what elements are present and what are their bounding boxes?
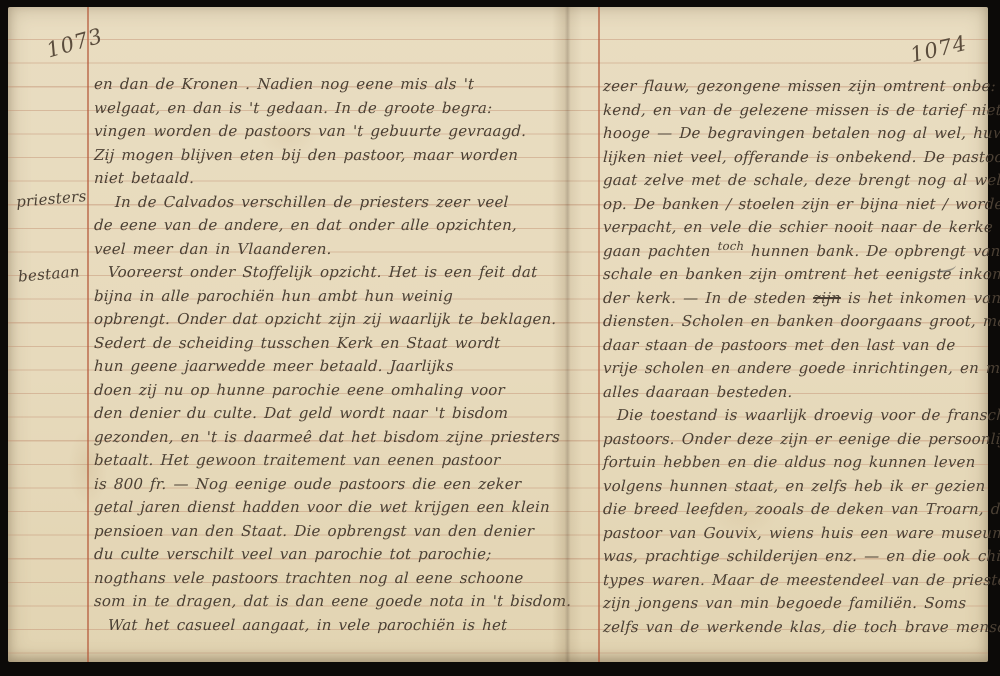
manuscript-line: opbrengt. Onder dat opzicht zijn zij waa… bbox=[94, 308, 543, 332]
manuscript-line: der kerk. — In de steden zijn is het ink… bbox=[603, 287, 982, 311]
manuscript-line: gaat zelve met de schale, deze brengt no… bbox=[603, 169, 982, 193]
page-right: zeer flauw, gezongene missen zijn omtren… bbox=[566, 7, 988, 662]
manuscript-line: veel meer dan in Vlaanderen. bbox=[94, 238, 543, 262]
manuscript-line: som in te dragen, dat is dan eene goede … bbox=[94, 590, 543, 614]
manuscript-line: was, prachtige schilderijen enz. — en di… bbox=[603, 545, 982, 569]
notebook-double-page: en dan de Kronen . Nadien nog eene mis a… bbox=[8, 7, 988, 662]
manuscript-line: Vooreerst onder Stoffelijk opzicht. Het … bbox=[94, 261, 543, 285]
manuscript-line: Sedert de scheiding tusschen Kerk en Sta… bbox=[94, 332, 543, 356]
manuscript-line: fortuin hebben en die aldus nog kunnen l… bbox=[603, 451, 982, 475]
manuscript-line: Zij mogen blijven eten bij den pastoor, … bbox=[94, 144, 543, 168]
manuscript-line: du culte verschilt veel van parochie tot… bbox=[94, 543, 543, 567]
manuscript-line: lijken niet veel, offerande is onbekend.… bbox=[603, 146, 982, 170]
manuscript-line: bijna in alle parochiën hun ambt hun wei… bbox=[94, 285, 543, 309]
manuscript-line: pastoors. Onder deze zijn er eenige die … bbox=[603, 428, 982, 452]
manuscript-line: is 800 fr. — Nog eenige oude pastoors di… bbox=[94, 473, 543, 497]
right-page-margin-line bbox=[598, 7, 600, 662]
manuscript-line: getal jaren dienst hadden voor die wet k… bbox=[94, 496, 543, 520]
manuscript-line: vingen worden de pastoors van 't gebuurt… bbox=[94, 120, 543, 144]
manuscript-line: en dan de Kronen . Nadien nog eene mis a… bbox=[94, 73, 543, 97]
manuscript-line: schale en banken zijn omtrent het eenigs… bbox=[603, 263, 982, 287]
page-left: en dan de Kronen . Nadien nog eene mis a… bbox=[8, 7, 566, 662]
manuscript-photo: en dan de Kronen . Nadien nog eene mis a… bbox=[0, 0, 1000, 676]
manuscript-line: Wat het casueel aangaat, in vele parochi… bbox=[94, 614, 543, 638]
manuscript-line: nogthans vele pastoors trachten nog al e… bbox=[94, 567, 543, 591]
page-gutter-shadow bbox=[552, 7, 582, 662]
manuscript-line: diensten. Scholen en banken doorgaans gr… bbox=[603, 310, 982, 334]
manuscript-line: welgaat, en dan is 't gedaan. In de groo… bbox=[94, 97, 543, 121]
manuscript-line: vrije scholen en andere goede inrichting… bbox=[603, 357, 982, 381]
right-page-text-block: zeer flauw, gezongene missen zijn omtren… bbox=[603, 75, 981, 639]
left-page-margin-line bbox=[87, 7, 89, 662]
manuscript-line: hooge — De begravingen betalen nog al we… bbox=[603, 122, 982, 146]
manuscript-line: die breed leefden, zooals de deken van T… bbox=[603, 498, 982, 522]
manuscript-line: gezonden, en 't is daarmeê dat het bisdo… bbox=[94, 426, 543, 450]
manuscript-line: gaan pachten toch hunnen bank. De opbren… bbox=[603, 240, 982, 264]
manuscript-line: hun geene jaarwedde meer betaald. Jaarli… bbox=[94, 355, 543, 379]
manuscript-line: pensioen van den Staat. Die opbrengst va… bbox=[94, 520, 543, 544]
manuscript-line: den denier du culte. Dat geld wordt naar… bbox=[94, 402, 543, 426]
manuscript-line: In de Calvados verschillen de priesters … bbox=[94, 191, 543, 215]
manuscript-line: op. De banken / stoelen zijn er bijna ni… bbox=[603, 193, 982, 217]
manuscript-line: zelfs van de werkende klas, die toch bra… bbox=[603, 616, 982, 640]
manuscript-line: zeer flauw, gezongene missen zijn omtren… bbox=[603, 75, 982, 99]
manuscript-line: de eene van de andere, en dat onder alle… bbox=[94, 214, 543, 238]
manuscript-line: Die toestand is waarlijk droevig voor de… bbox=[603, 404, 982, 428]
manuscript-line: types waren. Maar de meestendeel van de … bbox=[603, 569, 982, 593]
manuscript-line: pastoor van Gouvix, wiens huis een ware … bbox=[603, 522, 982, 546]
left-page-text-block: en dan de Kronen . Nadien nog eene mis a… bbox=[94, 73, 542, 637]
manuscript-line: niet betaald. bbox=[94, 167, 543, 191]
manuscript-line: alles daaraan besteden. bbox=[603, 381, 982, 405]
manuscript-line: doen zij nu op hunne parochie eene omhal… bbox=[94, 379, 543, 403]
manuscript-line: daar staan de pastoors met den last van … bbox=[603, 334, 982, 358]
manuscript-line: volgens hunnen staat, en zelfs heb ik er… bbox=[603, 475, 982, 499]
manuscript-line: betaalt. Het gewoon traitement van eenen… bbox=[94, 449, 543, 473]
manuscript-line: kend, en van de gelezene missen is de ta… bbox=[603, 99, 982, 123]
manuscript-line: verpacht, en vele die schier nooit naar … bbox=[603, 216, 982, 240]
manuscript-line: zijn jongens van min begoede familiën. S… bbox=[603, 592, 982, 616]
